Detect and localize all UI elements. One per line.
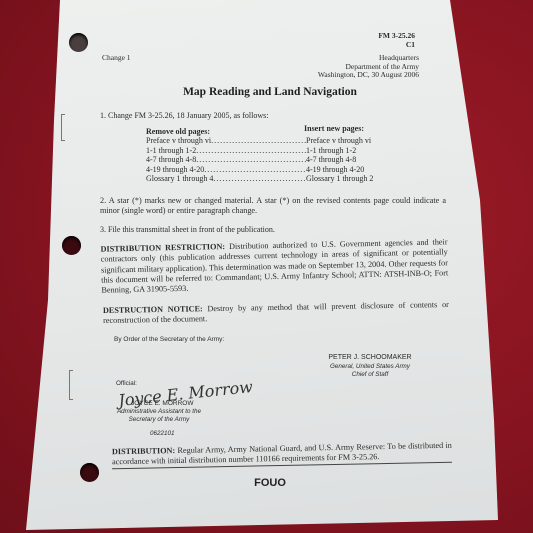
official-title-2: Secretary of the Army [110,416,208,423]
page-change-row: 4-19 through 4-204-19 through 4-20 [146,165,406,174]
distribution-restriction: DISTRIBUTION RESTRICTION: Distribution a… [100,237,448,296]
dot-leader [213,174,306,183]
remove-page-range: Preface v through vi [146,136,211,145]
insert-page-range: 4-7 through 4-8 [306,155,406,164]
chief-title-2: Chief of Staff [320,371,420,378]
remove-page-range: 1-1 through 1-2 [146,146,196,155]
insert-page-range: 4-19 through 4-20 [306,165,406,174]
chief-name: PETER J. SCHOOMAKER [320,354,420,361]
insert-page-range: Glossary 1 through 2 [306,174,406,183]
doc-number: FM 3-25.26 [330,31,415,40]
punch-hole [62,236,81,255]
official-name: JOYCE E. MORROW [131,400,193,407]
punch-hole [80,463,99,482]
hq-line3: Washington, DC, 30 August 2006 [290,70,419,79]
item-1-text: 1. Change FM 3-25.26, 18 January 2005, a… [100,111,268,120]
page-change-row: Glossary 1 through 4Glossary 1 through 2 [146,174,406,183]
page-change-row: Preface v through viPreface v through vi [146,136,406,145]
destruction-notice-label: DESTRUCTION NOTICE: [103,304,203,315]
dot-leader [196,146,306,155]
punch-hole [69,33,88,52]
page-change-row: 1-1 through 1-21-1 through 1-2 [146,146,406,155]
dot-leader [196,155,306,164]
by-order-line: By Order of the Secretary of the Army: [114,336,224,343]
insert-pages-header: Insert new pages: [304,124,364,133]
item-2-text: 2. A star (*) marks new or changed mater… [100,196,446,217]
page-change-row: 4-7 through 4-84-7 through 4-8 [146,155,406,164]
official-label: Official: [116,380,137,387]
remove-pages-header: Remove old pages: [146,127,210,136]
remove-page-range: 4-19 through 4-20 [146,165,204,174]
change-label: Change 1 [102,53,131,62]
fouo-marking: FOUO [230,477,310,489]
change-code: C1 [330,40,415,49]
document-title: Map Reading and Land Navigation [120,86,420,98]
dot-leader [204,165,306,174]
chief-title-1: General, United States Army [320,363,420,370]
distribution-label: DISTRIBUTION: [112,446,175,456]
remove-page-range: 4-7 through 4-8 [146,155,196,164]
insert-page-range: 1-1 through 1-2 [306,146,406,155]
item-3-text: 3. File this transmittal sheet in front … [100,225,275,234]
insert-page-range: Preface v through vi [306,136,406,145]
margin-bracket-mark [61,114,65,141]
publication-code: 0622101 [150,430,175,437]
dot-leader [211,136,306,145]
hq-line1: Headquarters [300,53,419,62]
remove-page-range: Glossary 1 through 4 [146,174,213,183]
margin-bracket-mark [69,370,73,400]
official-title-1: Administrative Assistant to the [110,408,208,415]
